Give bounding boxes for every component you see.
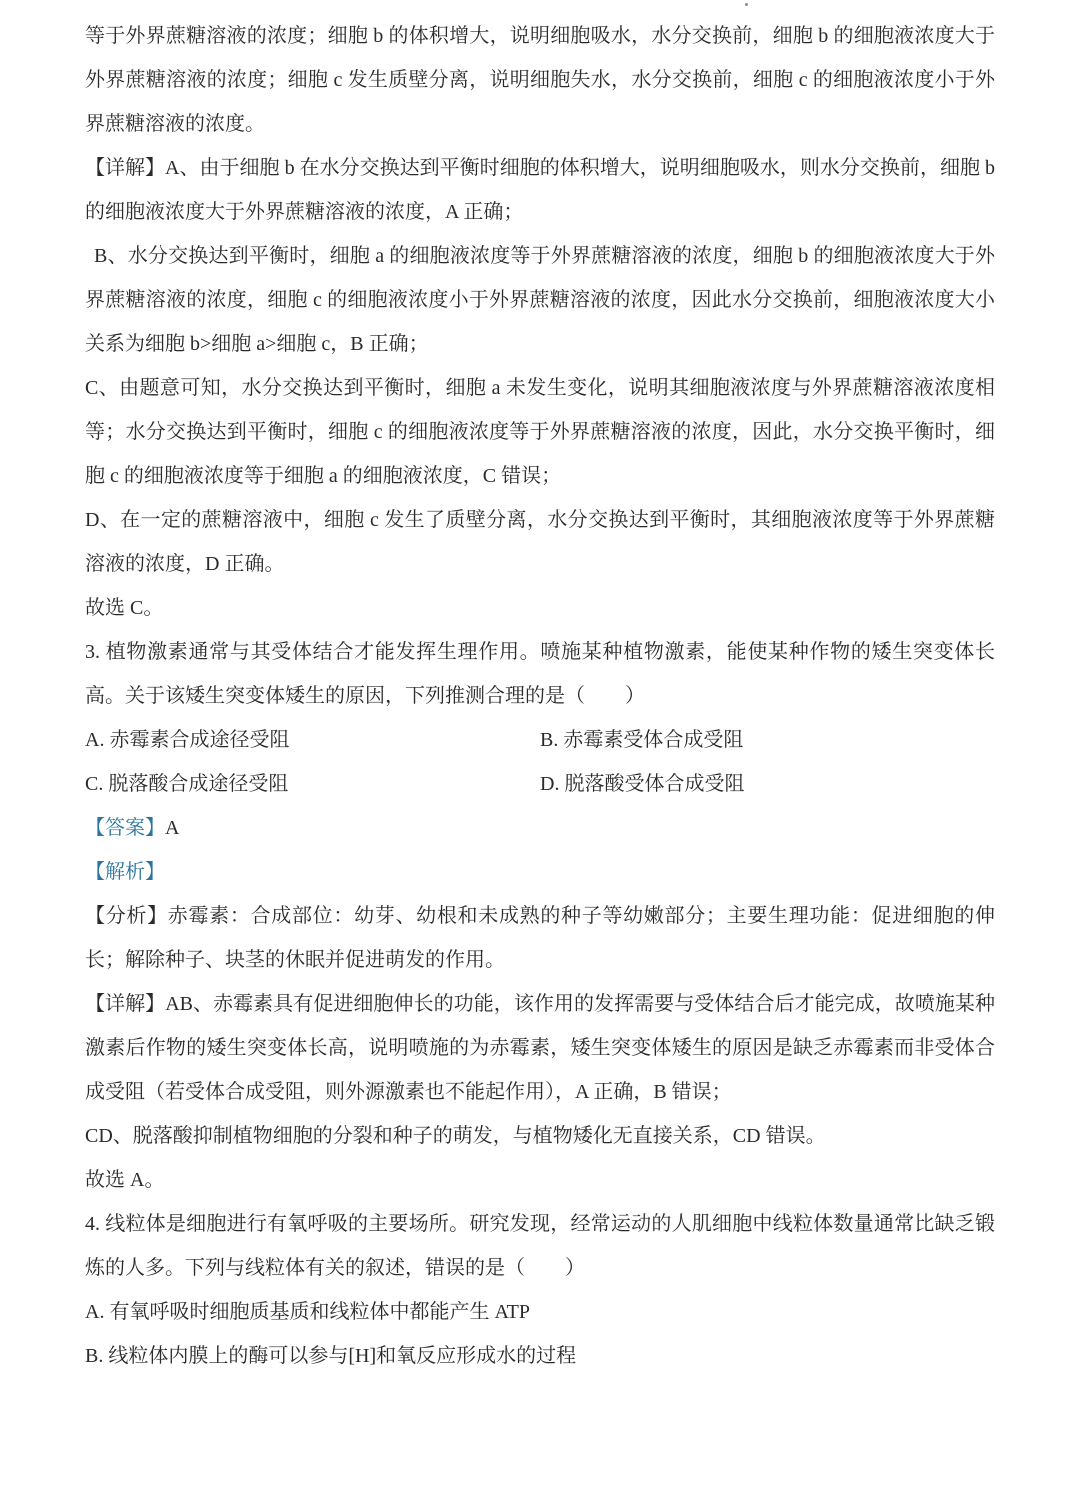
q3-analysis-marker-line: 【解析】 [85, 850, 995, 894]
q3-options-row-cd: C. 脱落酸合成途径受阻 D. 脱落酸受体合成受阻 [85, 762, 995, 806]
page-artifact-dot [745, 3, 748, 6]
paragraph-q3-analysis: 【分析】赤霉素：合成部位：幼芽、幼根和未成熟的种子等幼嫩部分；主要生理功能：促进… [85, 894, 995, 982]
paragraph-q3-stem: 3. 植物激素通常与其受体结合才能发挥生理作用。喷施某种植物激素，能使某种作物的… [85, 630, 995, 718]
paragraph-q2-conclusion: 故选 C。 [85, 586, 995, 630]
paragraph-q3-detail-cd: CD、脱落酸抑制植物细胞的分裂和种子的萌发，与植物矮化无直接关系，CD 错误。 [85, 1114, 995, 1158]
q4-option-a: A. 有氧呼吸时细胞质基质和线粒体中都能产生 ATP [85, 1290, 995, 1334]
paragraph-q3-conclusion: 故选 A。 [85, 1158, 995, 1202]
paragraph-q2-detail-d: D、在一定的蔗糖溶液中，细胞 c 发生了质壁分离，水分交换达到平衡时，其细胞液浓… [85, 498, 995, 586]
answer-value: A [165, 817, 179, 839]
paragraph-q2-detail-b: B、水分交换达到平衡时，细胞 a 的细胞液浓度等于外界蔗糖溶液的浓度，细胞 b … [85, 234, 995, 366]
q3-answer-line: 【答案】A [85, 806, 995, 850]
q3-options-row-ab: A. 赤霉素合成途径受阻 B. 赤霉素受体合成受阻 [85, 718, 995, 762]
q3-option-a: A. 赤霉素合成途径受阻 [85, 718, 540, 762]
paragraph-q2-detail-c: C、由题意可知，水分交换达到平衡时，细胞 a 未发生变化，说明其细胞液浓度与外界… [85, 366, 995, 498]
q3-option-d: D. 脱落酸受体合成受阻 [540, 762, 995, 806]
document-page: 等于外界蔗糖溶液的浓度；细胞 b 的体积增大，说明细胞吸水，水分交换前，细胞 b… [0, 0, 1080, 1492]
q3-option-c: C. 脱落酸合成途径受阻 [85, 762, 540, 806]
analysis-marker: 【解析】 [85, 861, 165, 883]
paragraph-q3-detail-ab: 【详解】AB、赤霉素具有促进细胞伸长的功能，该作用的发挥需要与受体结合后才能完成… [85, 982, 995, 1114]
answer-marker: 【答案】 [85, 817, 165, 839]
paragraph-q2-continuation: 等于外界蔗糖溶液的浓度；细胞 b 的体积增大，说明细胞吸水，水分交换前，细胞 b… [85, 14, 995, 146]
paragraph-q4-stem: 4. 线粒体是细胞进行有氧呼吸的主要场所。研究发现，经常运动的人肌细胞中线粒体数… [85, 1202, 995, 1290]
q4-option-b: B. 线粒体内膜上的酶可以参与[H]和氧反应形成水的过程 [85, 1334, 995, 1378]
q3-option-b: B. 赤霉素受体合成受阻 [540, 718, 995, 762]
paragraph-q2-detail-a: 【详解】A、由于细胞 b 在水分交换达到平衡时细胞的体积增大，说明细胞吸水，则水… [85, 146, 995, 234]
